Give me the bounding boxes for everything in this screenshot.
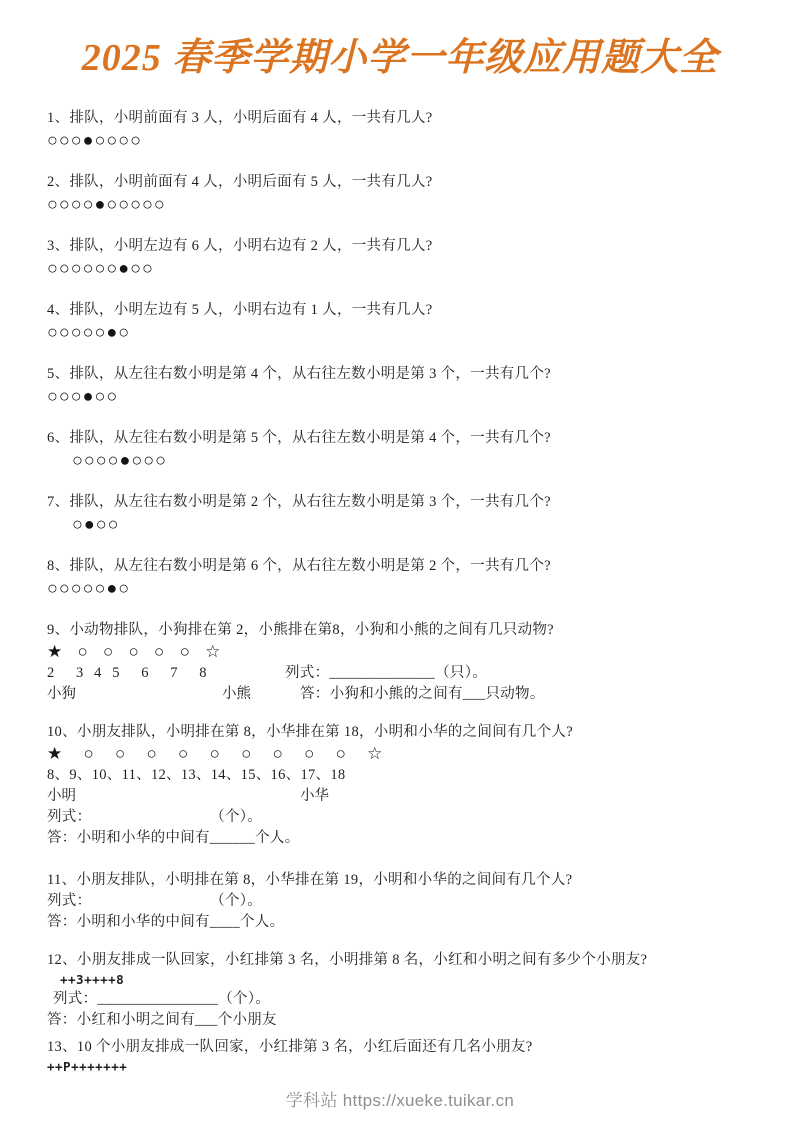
equation-blank: 列式：________________（个）。 — [47, 989, 753, 1010]
position-numbers: 8、9、10、11、12、13、14、15、16、17、18 — [47, 765, 753, 786]
star-circle-row: ★ ○ ○ ○ ○ ○ ○ ○ ○ ○ ☆ — [47, 743, 753, 765]
position-numbers: 2 3 4 5 6 7 8 — [47, 663, 285, 684]
question-5-text: 5、排队，从左往右数小明是第 4 个，从右往左数小明是第 3 个，一共有几个? — [47, 364, 753, 385]
question-12: 12、小朋友排成一队回家，小红排第 3 名，小明排第 8 名，小红和小明之间有多… — [47, 950, 753, 1031]
question-7: 7、排队，从左往右数小明是第 2 个，从右往左数小明是第 3 个，一共有几个? … — [47, 492, 753, 535]
label-xiaoming: 小明 — [47, 786, 300, 807]
question-3-text: 3、排队，小明左边有 6 人，小明右边有 2 人，一共有几人? — [47, 236, 753, 257]
footer-link[interactable]: 学科站 https://xueke.tuikar.cn — [286, 1091, 514, 1110]
circle-row: ○○○○○○●○○ — [47, 257, 753, 279]
question-11: 11、小朋友排队，小明排在第 8，小华排在第 19，小明和小华的之间间有几个人?… — [47, 870, 753, 933]
circle-row: ○○○○○●○ — [47, 577, 753, 599]
question-8: 8、排队，从左往右数小明是第 6 个，从右往左数小明是第 2 个，一共有几个? … — [47, 556, 753, 599]
question-7-text: 7、排队，从左往右数小明是第 2 个，从右往左数小明是第 3 个，一共有几个? — [47, 492, 753, 513]
circle-row: ○○○○○●○ — [47, 321, 753, 343]
equation-blank: 列式： （个）。 — [47, 891, 753, 912]
circle-row: ○○○○●○○○○○ — [47, 193, 753, 215]
question-12-text: 12、小朋友排成一队回家，小红排第 3 名，小明排第 8 名，小红和小明之间有多… — [47, 950, 753, 971]
star-circle-row: ★ ○ ○ ○ ○ ○ ☆ — [47, 641, 753, 663]
question-4-text: 4、排队，小明左边有 5 人，小明右边有 1 人，一共有几人? — [47, 300, 753, 321]
question-10: 10、小朋友排队，小明排在第 8，小华排在第 18，小明和小华的之间间有几个人?… — [47, 722, 753, 849]
label-xiaohua: 小华 — [300, 786, 329, 807]
circle-row: ○○○●○○○○ — [47, 129, 753, 151]
footer-watermark: 学科站 https://xueke.tuikar.cn — [47, 1086, 753, 1111]
circle-row: ○○○○●○○○ — [47, 449, 753, 471]
answer-blank: 答：小红和小明之间有___个小朋友 — [47, 1010, 753, 1031]
question-2: 2、排队，小明前面有 4 人，小明后面有 5 人，一共有几人? ○○○○●○○○… — [47, 172, 753, 215]
question-9-numbers-row: 2 3 4 5 6 7 8 列式：______________（只）。 — [47, 663, 753, 684]
question-6-text: 6、排队，从左往右数小明是第 5 个，从右往左数小明是第 4 个，一共有几个? — [47, 428, 753, 449]
circle-row: ○●○○ — [47, 513, 753, 535]
question-9: 9、小动物排队，小狗排在第 2，小熊排在第8，小狗和小熊的之间有几只动物? ★ … — [47, 620, 753, 705]
answer-blank: 答：小狗和小熊的之间有___只动物。 — [300, 684, 545, 705]
question-3: 3、排队，小明左边有 6 人，小明右边有 2 人，一共有几人? ○○○○○○●○… — [47, 236, 753, 279]
plus-notation-row: ++3++++8 — [47, 971, 753, 989]
question-10-labels-row: 小明 小华 — [47, 786, 753, 807]
page-title: 2025 春季学期小学一年级应用题大全 — [47, 26, 753, 81]
question-6: 6、排队，从左往右数小明是第 5 个，从右往左数小明是第 4 个，一共有几个? … — [47, 428, 753, 471]
answer-blank: 答：小明和小华的中间有____个人。 — [47, 912, 753, 933]
question-9-text: 9、小动物排队，小狗排在第 2，小熊排在第8，小狗和小熊的之间有几只动物? — [47, 620, 753, 641]
answer-blank: 答：小明和小华的中间有______个人。 — [47, 828, 753, 849]
equation-blank: 列式： （个）。 — [47, 807, 753, 828]
question-4: 4、排队，小明左边有 5 人，小明右边有 1 人，一共有几人? ○○○○○●○ — [47, 300, 753, 343]
question-1: 1、排队，小明前面有 3 人，小明后面有 4 人，一共有几人? ○○○●○○○○ — [47, 108, 753, 151]
question-8-text: 8、排队，从左往右数小明是第 6 个，从右往左数小明是第 2 个，一共有几个? — [47, 556, 753, 577]
label-dog: 小狗 — [47, 684, 222, 705]
question-1-text: 1、排队，小明前面有 3 人，小明后面有 4 人，一共有几人? — [47, 108, 753, 129]
label-bear: 小熊 — [222, 684, 300, 705]
plus-notation-row: ++P+++++++ — [47, 1058, 753, 1076]
question-11-text: 11、小朋友排队，小明排在第 8，小华排在第 19，小明和小华的之间间有几个人? — [47, 870, 753, 891]
worksheet-page: 2025 春季学期小学一年级应用题大全 1、排队，小明前面有 3 人，小明后面有… — [0, 0, 793, 1122]
question-9-labels-row: 小狗 小熊 答：小狗和小熊的之间有___只动物。 — [47, 684, 753, 705]
question-2-text: 2、排队，小明前面有 4 人，小明后面有 5 人，一共有几人? — [47, 172, 753, 193]
equation-blank: 列式：______________（只）。 — [285, 663, 487, 684]
question-10-text: 10、小朋友排队，小明排在第 8，小华排在第 18，小明和小华的之间间有几个人? — [47, 722, 753, 743]
circle-row: ○○○●○○ — [47, 385, 753, 407]
question-13: 13、10 个小朋友排成一队回家，小红排第 3 名，小红后面还有几名小朋友? +… — [47, 1037, 753, 1076]
question-5: 5、排队，从左往右数小明是第 4 个，从右往左数小明是第 3 个，一共有几个? … — [47, 364, 753, 407]
question-13-text: 13、10 个小朋友排成一队回家，小红排第 3 名，小红后面还有几名小朋友? — [47, 1037, 753, 1058]
